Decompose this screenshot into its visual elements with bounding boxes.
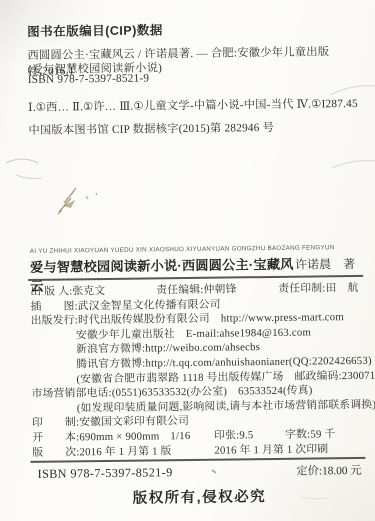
book-copyright-page: 图书在版编目(CIP)数据 西圆圆公主·宝藏风云 / 许诺晨著. — 合肥:安徽… [0, 0, 375, 521]
value: 新浪官方微博:http://weibo.com/ahsecbs [76, 341, 260, 355]
colophon-block: 出 版 人:张克文 责任编辑:仲朝锋 责任印制:田 航 插 图:武汉金智星文化传… [30, 281, 369, 460]
label: 开 本: [32, 431, 79, 444]
author-name: 许诺晨 著 [295, 255, 363, 273]
value: 690mm × 900mm 1/16 [79, 430, 190, 443]
value: 武汉金智星文化传播有限公司 [78, 298, 221, 312]
value: 张克文 [72, 285, 105, 297]
value: 安徽少年儿童出版社 E-mail:ahse1984@163.com [76, 326, 311, 341]
value: 安徽国文彩印有限公司 [79, 415, 189, 428]
footer-row: ISBN 978-7-5397-8521-9 定价:18.00 元 [32, 462, 365, 482]
value: 2016 年 1 月第 1 版 [79, 445, 171, 458]
cip-classification-line: Ⅰ.①西… Ⅱ.①许… Ⅲ.①儿童文学-中篇小说-中国-当代 Ⅳ.①I287.4… [28, 95, 361, 115]
footer-isbn: ISBN 978-7-5397-8521-9 [33, 465, 173, 482]
label: 版 次: [32, 446, 79, 459]
value: 时代出版传媒股份有限公司 http://www.press-mart.com [78, 311, 344, 326]
printing-run: 2016 年 1 月第 1 次印刷 [214, 442, 328, 458]
cip-header: 图书在版编目(CIP)数据 [27, 18, 360, 40]
sheet-count: 印张:9.5 [214, 428, 253, 443]
label: 出版发行: [31, 315, 78, 328]
word-count: 字数:59 千 [285, 427, 335, 442]
editor-credit: 责任编辑:仲朝锋 [156, 282, 236, 298]
label: 出 版 人: [30, 285, 72, 298]
price: 定价:18.00 元 [296, 462, 365, 479]
label: 插 图: [30, 300, 77, 313]
cip-registry-line: 中国版本图书馆 CIP 数据核字(2015)第 282946 号 [28, 118, 361, 138]
copyright-notice: 版权所有,侵权必究 [33, 484, 366, 509]
print-supervisor-credit: 责任印制:田 航 [278, 281, 358, 297]
label: 印 制: [32, 417, 79, 430]
page-content: 图书在版编目(CIP)数据 西圆圆公主·宝藏风云 / 许诺晨著. — 合肥:安徽… [0, 0, 375, 521]
